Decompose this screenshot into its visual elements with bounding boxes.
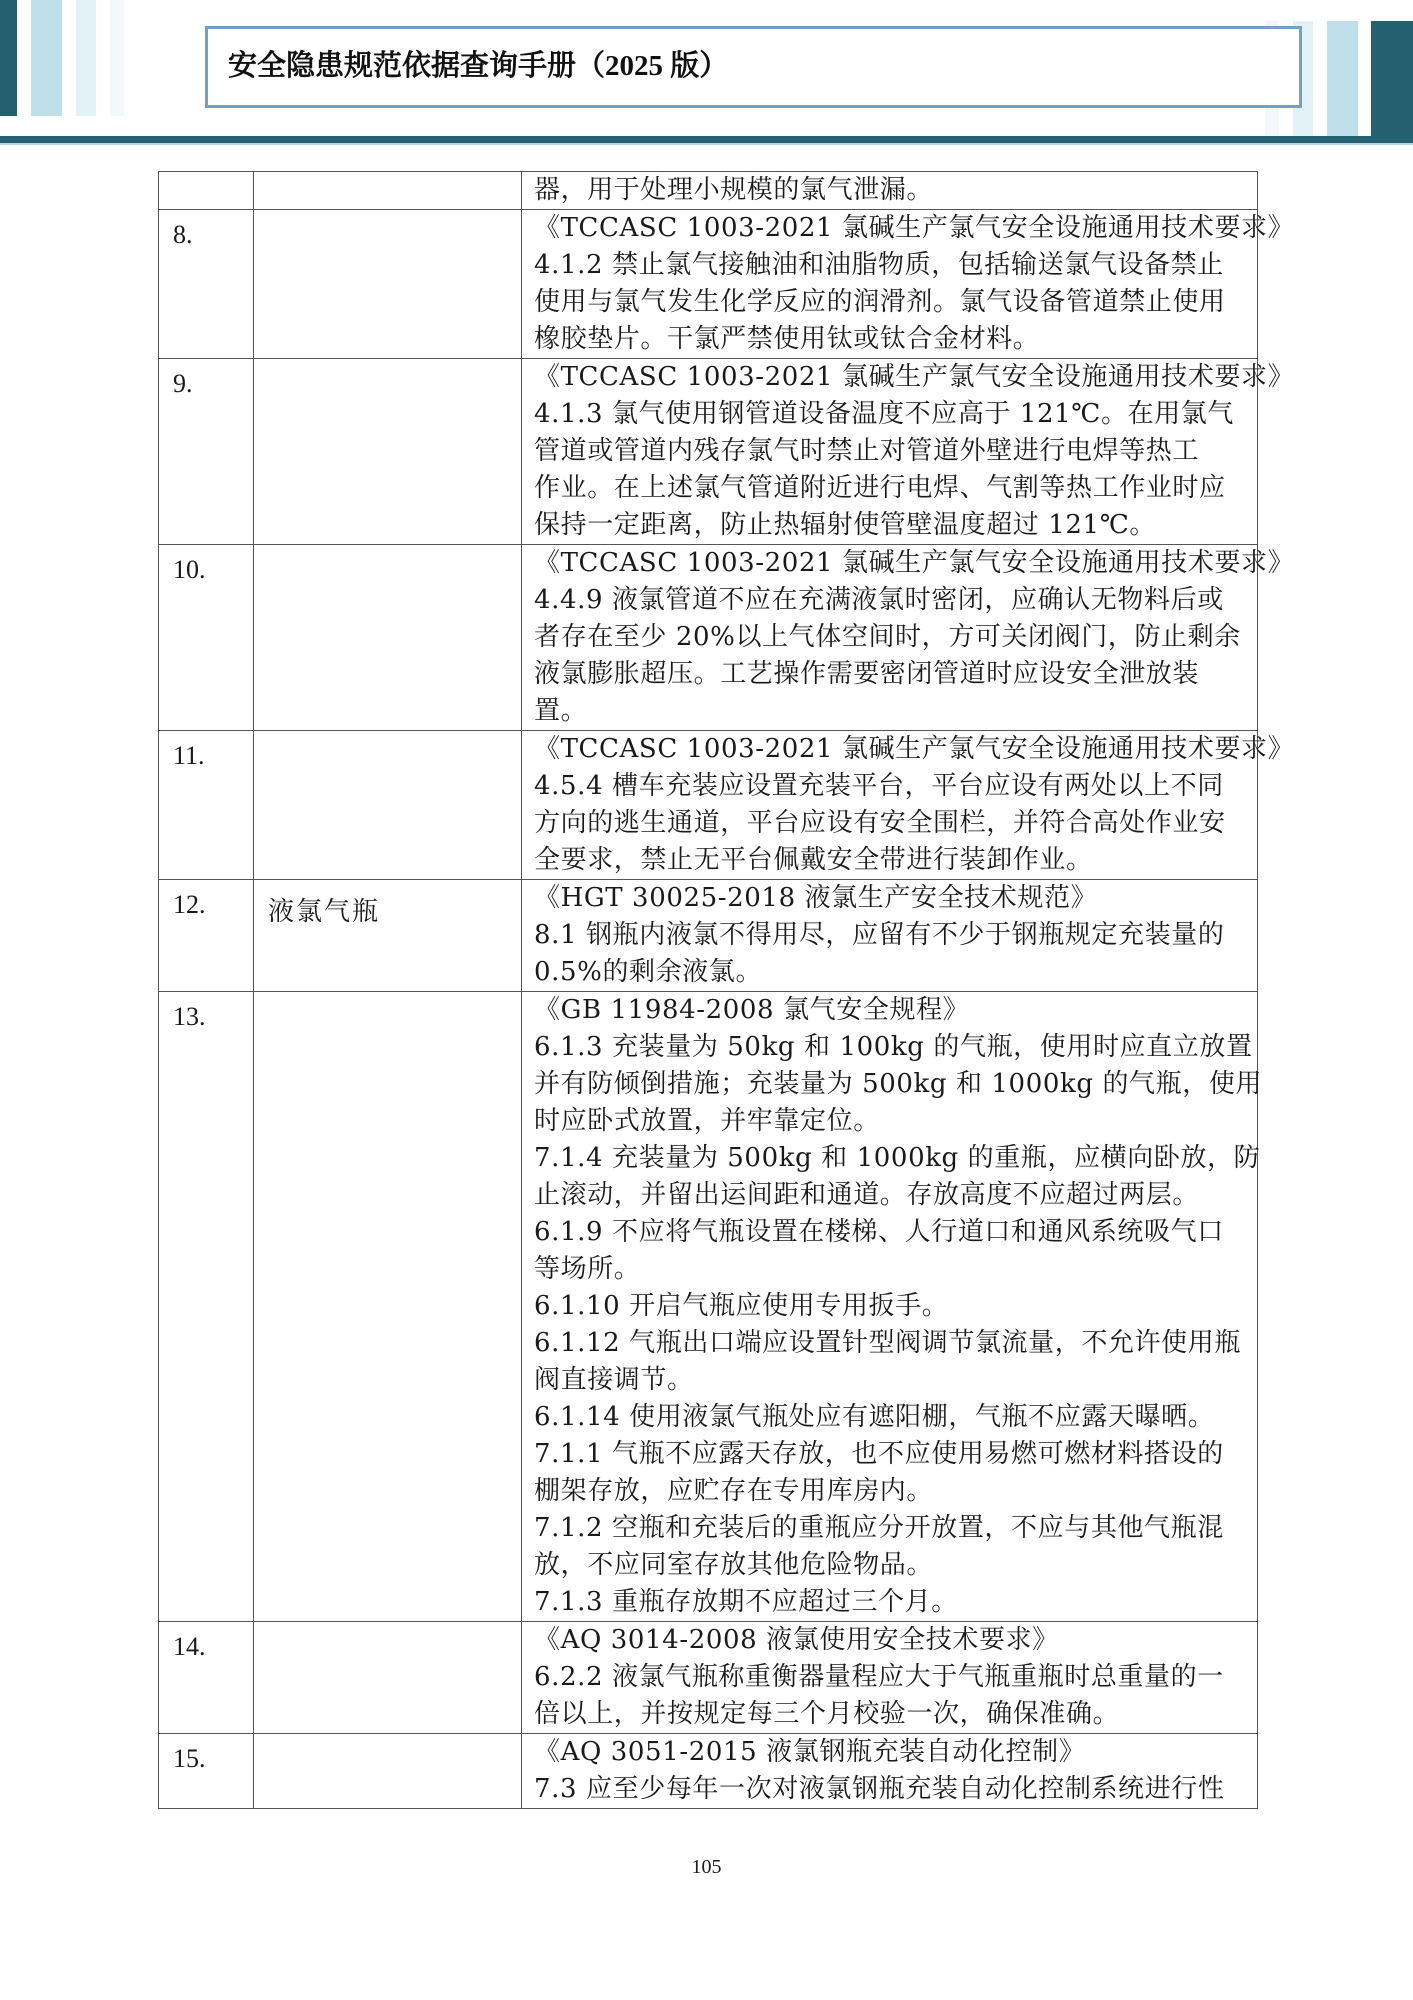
clause-line: 7.1.3 重瓶存放期不应超过三个月。	[534, 1584, 1251, 1621]
clause-line: 7.1.1 气瓶不应露天存放，也不应使用易燃可燃材料搭设的	[534, 1436, 1251, 1473]
header-bar-light-left-1	[31, 0, 62, 116]
clause-line: 放，不应同室存放其他危险物品。	[534, 1547, 1251, 1584]
row-number: 9.	[159, 359, 254, 545]
row-number: 15.	[159, 1734, 254, 1809]
table-row: 器，用于处理小规模的氯气泄漏。	[159, 172, 1258, 210]
row-requirement-text: 《AQ 3051-2015 液氯钢瓶充装自动化控制》7.3 应至少每年一次对液氯…	[522, 1734, 1258, 1809]
regulation-table-body: 器，用于处理小规模的氯气泄漏。8.《TCCASC 1003-2021 氯碱生产氯…	[159, 172, 1258, 1809]
page-number: 105	[0, 1856, 1413, 1879]
row-category-cell	[254, 992, 522, 1622]
table-row: 15.《AQ 3051-2015 液氯钢瓶充装自动化控制》7.3 应至少每年一次…	[159, 1734, 1258, 1809]
clause-line: 使用与氯气发生化学反应的润滑剂。氯气设备管道禁止使用	[534, 284, 1251, 321]
clause-line: 液氯膨胀超压。工艺操作需要密闭管道时应设安全泄放装	[534, 656, 1251, 693]
header-rule	[0, 136, 1413, 143]
clause-line: 置。	[534, 693, 1251, 730]
clause-line: 0.5%的剩余液氯。	[534, 954, 1251, 991]
header-bar-light-right-1	[1327, 21, 1358, 137]
row-requirement-text: 《TCCASC 1003-2021 氯碱生产氯气安全设施通用技术要求》4.4.9…	[522, 545, 1258, 731]
clause-line: 者存在至少 20%以上气体空间时，方可关闭阀门，防止剩余	[534, 619, 1251, 656]
row-category-cell: 液氯气瓶	[254, 880, 522, 992]
clause-line: 7.3 应至少每年一次对液氯钢瓶充装自动化控制系统进行性	[534, 1771, 1251, 1808]
standard-citation: 《TCCASC 1003-2021 氯碱生产氯气安全设施通用技术要求》	[534, 545, 1251, 582]
header-bar-dark-right	[1371, 21, 1413, 143]
document-title: 安全隐患规范依据查询手册（2025 版）	[228, 43, 728, 84]
row-requirement-text: 器，用于处理小规模的氯气泄漏。	[522, 172, 1258, 210]
row-number: 12.	[159, 880, 254, 992]
clause-line: 器，用于处理小规模的氯气泄漏。	[534, 172, 1251, 209]
table-row: 9.《TCCASC 1003-2021 氯碱生产氯气安全设施通用技术要求》4.1…	[159, 359, 1258, 545]
row-category-cell	[254, 1734, 522, 1809]
clause-line: 等场所。	[534, 1251, 1251, 1288]
clause-line: 倍以上，并按规定每三个月校验一次，确保准确。	[534, 1696, 1251, 1733]
standard-citation: 《AQ 3014-2008 液氯使用安全技术要求》	[534, 1622, 1251, 1659]
clause-line: 时应卧式放置，并牢靠定位。	[534, 1103, 1251, 1140]
table-row: 10.《TCCASC 1003-2021 氯碱生产氯气安全设施通用技术要求》4.…	[159, 545, 1258, 731]
standard-citation: 《TCCASC 1003-2021 氯碱生产氯气安全设施通用技术要求》	[534, 731, 1251, 768]
row-number: 14.	[159, 1622, 254, 1734]
row-number	[159, 172, 254, 210]
clause-line: 6.2.2 液氯气瓶称重衡器量程应大于气瓶重瓶时总重量的一	[534, 1659, 1251, 1696]
row-number: 11.	[159, 731, 254, 880]
clause-line: 4.1.2 禁止氯气接触油和油脂物质，包括输送氯气设备禁止	[534, 247, 1251, 284]
row-number: 8.	[159, 210, 254, 359]
clause-line: 保持一定距离，防止热辐射使管壁温度超过 121℃。	[534, 507, 1251, 544]
row-category: 液氯气瓶	[268, 894, 521, 931]
clause-line: 作业。在上述氯气管道附近进行电焊、气割等热工作业时应	[534, 470, 1251, 507]
row-requirement-text: 《HGT 30025-2018 液氯生产安全技术规范》8.1 钢瓶内液氯不得用尽…	[522, 880, 1258, 992]
clause-line: 7.1.2 空瓶和充装后的重瓶应分开放置，不应与其他气瓶混	[534, 1510, 1251, 1547]
header-title-box: 安全隐患规范依据查询手册（2025 版）	[205, 26, 1302, 108]
clause-line: 4.4.9 液氯管道不应在充满液氯时密闭，应确认无物料后或	[534, 582, 1251, 619]
header-bar-dark-left	[0, 0, 17, 116]
clause-line: 棚架存放，应贮存在专用库房内。	[534, 1473, 1251, 1510]
row-category-cell	[254, 1622, 522, 1734]
table-row: 8.《TCCASC 1003-2021 氯碱生产氯气安全设施通用技术要求》4.1…	[159, 210, 1258, 359]
clause-line: 4.5.4 槽车充装应设置充装平台，平台应设有两处以上不同	[534, 768, 1251, 805]
row-requirement-text: 《TCCASC 1003-2021 氯碱生产氯气安全设施通用技术要求》4.1.2…	[522, 210, 1258, 359]
clause-line: 6.1.9 不应将气瓶设置在楼梯、人行道口和通风系统吸气口	[534, 1214, 1251, 1251]
standard-citation: 《TCCASC 1003-2021 氯碱生产氯气安全设施通用技术要求》	[534, 210, 1251, 247]
row-number: 10.	[159, 545, 254, 731]
table-row: 13.《GB 11984-2008 氯气安全规程》6.1.3 充装量为 50kg…	[159, 992, 1258, 1622]
header-rule-shadow	[0, 143, 1413, 145]
row-requirement-text: 《GB 11984-2008 氯气安全规程》6.1.3 充装量为 50kg 和 …	[522, 992, 1258, 1622]
clause-line: 阀直接调节。	[534, 1362, 1251, 1399]
clause-line: 橡胶垫片。干氯严禁使用钛或钛合金材料。	[534, 321, 1251, 358]
header-bar-light-left-3	[110, 0, 124, 116]
clause-line: 管道或管道内残存氯气时禁止对管道外壁进行电焊等热工	[534, 433, 1251, 470]
row-category-cell	[254, 545, 522, 731]
clause-line: 8.1 钢瓶内液氯不得用尽，应留有不少于钢瓶规定充装量的	[534, 917, 1251, 954]
row-requirement-text: 《TCCASC 1003-2021 氯碱生产氯气安全设施通用技术要求》4.5.4…	[522, 731, 1258, 880]
standard-citation: 《GB 11984-2008 氯气安全规程》	[534, 992, 1251, 1029]
row-category-cell	[254, 172, 522, 210]
clause-line: 4.1.3 氯气使用钢管道设备温度不应高于 121℃。在用氯气	[534, 396, 1251, 433]
clause-line: 6.1.3 充装量为 50kg 和 100kg 的气瓶，使用时应直立放置	[534, 1029, 1251, 1066]
row-category-cell	[254, 731, 522, 880]
row-requirement-text: 《TCCASC 1003-2021 氯碱生产氯气安全设施通用技术要求》4.1.3…	[522, 359, 1258, 545]
clause-line: 并有防倾倒措施；充装量为 500kg 和 1000kg 的气瓶，使用	[534, 1066, 1251, 1103]
header-bar-light-left-2	[76, 0, 96, 116]
standard-citation: 《HGT 30025-2018 液氯生产安全技术规范》	[534, 880, 1251, 917]
table-row: 14.《AQ 3014-2008 液氯使用安全技术要求》6.2.2 液氯气瓶称重…	[159, 1622, 1258, 1734]
clause-line: 6.1.12 气瓶出口端应设置针型阀调节氯流量，不允许使用瓶	[534, 1325, 1251, 1362]
row-category-cell	[254, 210, 522, 359]
standard-citation: 《TCCASC 1003-2021 氯碱生产氯气安全设施通用技术要求》	[534, 359, 1251, 396]
row-number: 13.	[159, 992, 254, 1622]
table-row: 11.《TCCASC 1003-2021 氯碱生产氯气安全设施通用技术要求》4.…	[159, 731, 1258, 880]
table-row: 12.液氯气瓶《HGT 30025-2018 液氯生产安全技术规范》8.1 钢瓶…	[159, 880, 1258, 992]
clause-line: 6.1.14 使用液氯气瓶处应有遮阳棚，气瓶不应露天曝晒。	[534, 1399, 1251, 1436]
row-category-cell	[254, 359, 522, 545]
clause-line: 方向的逃生通道，平台应设有安全围栏，并符合高处作业安	[534, 805, 1251, 842]
row-requirement-text: 《AQ 3014-2008 液氯使用安全技术要求》6.2.2 液氯气瓶称重衡器量…	[522, 1622, 1258, 1734]
regulation-table: 器，用于处理小规模的氯气泄漏。8.《TCCASC 1003-2021 氯碱生产氯…	[158, 171, 1258, 1809]
standard-citation: 《AQ 3051-2015 液氯钢瓶充装自动化控制》	[534, 1734, 1251, 1771]
clause-line: 7.1.4 充装量为 500kg 和 1000kg 的重瓶，应横向卧放，防	[534, 1140, 1251, 1177]
clause-line: 6.1.10 开启气瓶应使用专用扳手。	[534, 1288, 1251, 1325]
clause-line: 止滚动，并留出运间距和通道。存放高度不应超过两层。	[534, 1177, 1251, 1214]
clause-line: 全要求，禁止无平台佩戴安全带进行装卸作业。	[534, 842, 1251, 879]
